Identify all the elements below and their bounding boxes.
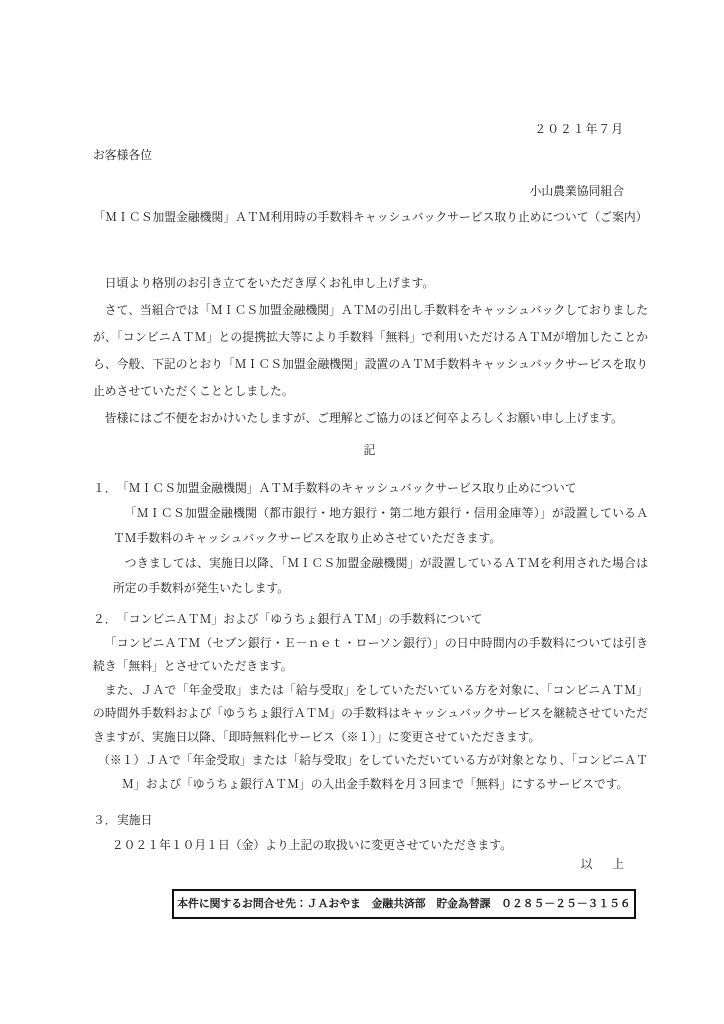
section-2-title: 「コンビニＡＴＭ」および「ゆうちょ銀行ＡＴＭ」の手数料について: [117, 612, 482, 626]
recipient-line: お客様各位: [93, 142, 648, 168]
section-convenience-atm: ２．「コンビニＡＴＭ」および「ゆうちょ銀行ＡＴＭ」の手数料について 「コンビニＡ…: [93, 608, 648, 796]
record-marker: 記: [93, 437, 648, 463]
section-2-paragraph: また、ＪＡで「年金受取」または「給与受取」をしていただいている方を対象に、「コン…: [93, 679, 648, 750]
sender-name: 小山農業協同組合: [93, 178, 648, 204]
intro-paragraph: さて、当組合では「ＭＩＣＳ加盟金融機関」ＡＴＭの引出し手数料をキャッシュバックし…: [93, 297, 648, 405]
greeting-paragraph: 日頃より格別のお引き立てをいただき厚くお礼申し上げます。: [93, 270, 648, 297]
contact-box: 本件に関するお問合せ先：ＪＡおやま 金融共済部 貯金為替課 ０２８５－２５－３１…: [172, 889, 636, 919]
document-page: ２０２１年７月 お客様各位 小山農業協同組合 「ＭＩＣＳ加盟金融機関」ＡＴＭ利用…: [0, 0, 724, 1024]
document-content: ２０２１年７月 お客様各位 小山農業協同組合 「ＭＩＣＳ加盟金融機関」ＡＴＭ利用…: [0, 0, 724, 919]
section-2-heading: ２．「コンビニＡＴＭ」および「ゆうちょ銀行ＡＴＭ」の手数料について: [93, 608, 648, 632]
section-1-title: 「ＭＩＣＳ加盟金融機関」ＡＴＭ手数料のキャッシュバックサービス取り止めについて: [117, 481, 577, 495]
section-1-number: １．: [93, 476, 117, 501]
section-3-heading: ３．実施日: [93, 808, 648, 833]
section-3-number: ３．: [93, 808, 117, 833]
document-date: ２０２１年７月: [93, 116, 648, 142]
section-2-number: ２．: [93, 608, 117, 632]
section-effective-date: ３．実施日 ２０２１年１０月１日（金）より上記の取扱いに変更させていただきます。: [93, 808, 648, 858]
section-1-paragraph: 「ＭＩＣＳ加盟金融機関（都市銀行・地方銀行・第二地方銀行・信用金庫等）」が設置し…: [113, 501, 648, 551]
section-2-body: 「コンビニＡＴＭ（セブン銀行・Ｅ－ｎｅｔ・ローソン銀行）」の日中時間内の手数料に…: [93, 632, 648, 797]
section-2-paragraph: 「コンビニＡＴＭ（セブン銀行・Ｅ－ｎｅｔ・ローソン銀行）」の日中時間内の手数料に…: [93, 632, 648, 679]
section-3-title: 実施日: [117, 813, 152, 827]
section-2-footnote: （※１）ＪＡで「年金受取」または「給与受取」をしていただいている方が対象となり、…: [98, 749, 648, 796]
document-title: 「ＭＩＣＳ加盟金融機関」ＡＴＭ利用時の手数料キャッシュバックサービス取り止めにつ…: [93, 204, 648, 230]
section-1-body: 「ＭＩＣＳ加盟金融機関（都市銀行・地方銀行・第二地方銀行・信用金庫等）」が設置し…: [113, 501, 648, 601]
section-1-heading: １．「ＭＩＣＳ加盟金融機関」ＡＴＭ手数料のキャッシュバックサービス取り止めについ…: [93, 476, 648, 501]
section-1-paragraph: つきましては、実施日以降、「ＭＩＣＳ加盟金融機関」が設置しているＡＴＭを利用され…: [113, 551, 648, 601]
request-paragraph: 皆様にはご不便をおかけいたしますが、ご理解とご協力のほど何卒よろしくお願い申し上…: [93, 405, 648, 432]
section-mics-cashback: １．「ＭＩＣＳ加盟金融機関」ＡＴＭ手数料のキャッシュバックサービス取り止めについ…: [93, 476, 648, 601]
